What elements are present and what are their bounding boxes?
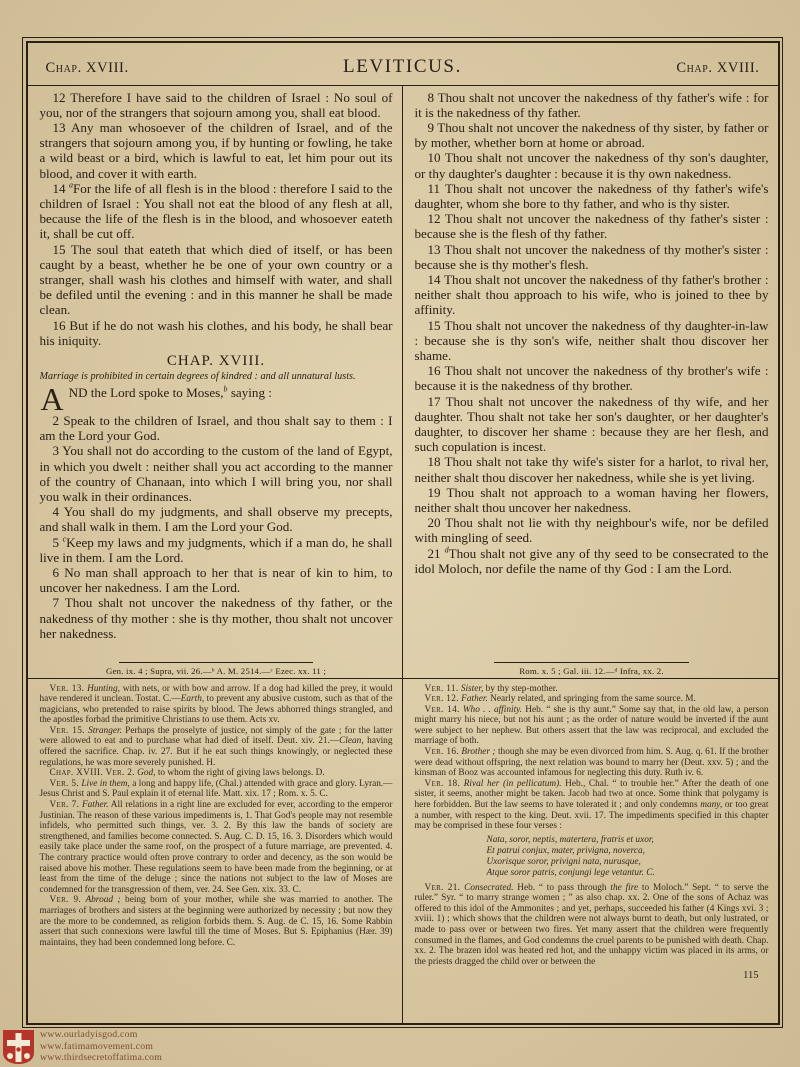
latin-verse: Nata, soror, neptis, matertera, fratris … [487,835,769,880]
verse-text: Thou shalt not uncover the nakedness of … [415,90,769,120]
note-text: Consecrated. Heb. “ to pass through the … [415,883,769,967]
verse-text: You shall do my judgments, and shall obs… [40,504,393,534]
verse-text: No man shall approach to her that is nea… [40,565,393,595]
crest-logo-icon [2,1029,35,1065]
verse-paragraph: 15 Thou shalt not uncover the nakedness … [415,318,769,364]
verse-text: Therefore I have said to the children of… [40,90,393,120]
verse-number: 13 [428,242,441,257]
verse-text: Keep my laws and my judgments, which if … [40,535,393,565]
note-text: Hunting, with nets, or with bow and arro… [40,684,393,726]
verse-number: 17 [428,394,441,409]
verse-paragraph: 20 Thou shalt not lie with thy neighbour… [415,515,769,545]
refs-text: Rom. x. 5 ; Gal. iii. 12.—ᵈ Infra, xx. 2… [415,666,769,676]
scripture-section: 12 Therefore I have said to the children… [28,86,778,678]
verse-text: Thou shalt not uncover the nakedness of … [415,150,769,180]
watermark-url: www.ourladyisgod.com [40,1029,162,1041]
running-head-right: Chap. XVIII. [676,60,759,77]
verse-paragraph: 16 But if he do not wash his clothes, an… [40,318,393,348]
verse-paragraph: 10 Thou shalt not uncover the nakedness … [415,150,769,180]
verse-paragraph: 15 The soul that eateth that which died … [40,242,393,318]
verse-text: Thou shalt not uncover the nakedness of … [40,595,393,640]
verse-paragraph: 13 Thou shalt not uncover the nakedness … [415,242,769,272]
verse-text: But if he do not wash his clothes, and h… [40,318,393,348]
verse-text: For the life of all flesh is in the bloo… [40,181,393,242]
commentary-section: Ver. 13. Hunting, with nets, or with bow… [28,678,778,1023]
verse-number: 13 [53,120,66,135]
verse-number: 14 [53,181,66,196]
verse-text: Thou shalt not uncover the nakedness of … [415,394,769,455]
verse-number: 7 [53,595,60,610]
commentary-note: Ver. 13. Hunting, with nets, or with bow… [40,684,393,726]
commentary-note: Ver. 18. Rival her (in pellicatum). Heb.… [415,779,769,880]
page-frame-inner: Chap. XVIII. LEVITICUS. Chap. XVIII. 12 … [26,41,780,1025]
verse-number: 10 [428,150,441,165]
verse-paragraph: 19 Thou shalt not approach to a woman ha… [415,485,769,515]
note-label: Ver. 9. [50,895,82,905]
verse-paragraph: 4 You shall do my judgments, and shall o… [40,504,393,534]
commentary-note: Chap. XVIII. Ver. 2. God, to whom the ri… [40,768,393,779]
verse-number: 5 [53,535,60,550]
verse-number: 15 [53,242,66,257]
verse-paragraph: 7 Thou shalt not uncover the nakedness o… [40,595,393,641]
verse-number: 9 [428,120,435,135]
verse-paragraph: 3 You shall not do according to the cust… [40,443,393,504]
verse-number: 16 [53,318,66,333]
verse-number: 15 [428,318,441,333]
note-text: Father. All relations in a right line ar… [40,800,393,895]
verse-number: 6 [53,565,60,580]
note-text: Stranger. Perhaps the proselyte of justi… [40,726,393,768]
verse-paragraph: 14 aFor the life of all flesh is in the … [40,181,393,242]
verse-text: ND the Lord spoke to Moses, [69,385,224,400]
verse-number: 4 [53,504,60,519]
commentary-note: Ver. 21. Consecrated. Heb. “ to pass thr… [415,883,769,968]
verse-number: 16 [428,363,441,378]
verse-paragraph: 21 dThou shalt not give any of thy seed … [415,546,769,576]
refs-rule [494,662,689,663]
watermark-url: www.thirdsecretoffatima.com [40,1052,162,1064]
verse-number: 3 [53,443,60,458]
verse-paragraph: 2 Speak to the children of Israel, and t… [40,413,393,443]
note-text: Who . . affinity. Heb. “ she is thy aunt… [415,705,769,747]
footnote-refs-right: Rom. x. 5 ; Gal. iii. 12.—ᵈ Infra, xx. 2… [415,659,769,678]
verse-paragraph: 12 Thou shalt not uncover the nakedness … [415,211,769,241]
verse-text: Thou shalt not uncover the nakedness of … [415,181,769,211]
note-label: Ver. 7. [50,800,80,810]
commentary-note: Ver. 16. Brother ; though she may be eve… [415,747,769,779]
verse-text: Thou shalt not uncover the nakedness of … [415,211,769,241]
verse-text: The soul that eateth that which died of … [40,242,393,318]
note-label: Ver. 18. [425,779,461,789]
note-text: Brother ; though she may be even divorce… [415,747,769,778]
note-label: Ver. 15. [50,726,85,736]
scripture-column-right: 8 Thou shalt not uncover the nakedness o… [403,86,778,678]
verse-paragraph: 9 Thou shalt not uncover the nakedness o… [415,120,769,150]
verse-number: 12 [53,90,66,105]
verse-text: Thou shalt not uncover the nakedness of … [415,120,769,150]
book-title: LEVITICUS. [343,56,462,78]
note-text: Abroad ; being born of your mother, whil… [40,895,393,947]
commentary-note: Ver. 7. Father. All relations in a right… [40,800,393,895]
verse-number: 20 [428,515,441,530]
verses-chap17: 12 Therefore I have said to the children… [40,90,393,348]
refs-text: Gen. ix. 4 ; Supra, vii. 26.—ᵇ A. M. 251… [40,666,393,676]
verse-paragraph: 12 Therefore I have said to the children… [40,90,393,120]
watermark: www.ourladyisgod.com www.fatimamovement.… [2,1029,162,1065]
note-label: Chap. XVIII. Ver. 2. [50,768,135,778]
commentary-note: Ver. 14. Who . . affinity. Heb. “ she is… [415,705,769,747]
running-head-left: Chap. XVIII. [46,60,129,77]
page-frame: Chap. XVIII. LEVITICUS. Chap. XVIII. 12 … [22,37,783,1028]
note-label: Ver. 16. [425,747,459,757]
drop-cap: A [40,385,69,413]
verse-paragraph: 6 No man shall approach to her that is n… [40,565,393,595]
verse-text: Thou shalt not approach to a woman havin… [415,485,769,515]
verse-text: Any man whosoever of the children of Isr… [40,120,393,181]
watermark-urls: www.ourladyisgod.com www.fatimamovement.… [40,1029,162,1064]
note-label: Ver. 13. [50,684,85,694]
verse-paragraph: 14 Thou shalt not uncover the nakedness … [415,272,769,318]
commentary-column-left: Ver. 13. Hunting, with nets, or with bow… [28,679,403,1023]
verse-number: 8 [428,90,435,105]
verse-text: Thou shalt not uncover the nakedness of … [415,272,769,317]
verse-text: saying : [228,385,272,400]
verse-text: Thou shalt not lie with thy neighbour's … [415,515,769,545]
note-label: Ver. 5. [50,779,79,789]
verse-paragraph: 16 Thou shalt not uncover the nakedness … [415,363,769,393]
verse-text: Thou shalt not give any of thy seed to b… [415,546,769,576]
commentary-note: Ver. 12. Father. Nearly related, and spr… [415,694,769,705]
commentary-notes-right: Ver. 11. Sister, by thy step-mother. Ver… [415,684,769,968]
note-text: Rival her (in pellicatum). Heb., Chal. “… [415,779,769,831]
verse-paragraph: 13 Any man whosoever of the children of … [40,120,393,181]
verse-paragraph: 8 Thou shalt not uncover the nakedness o… [415,90,769,120]
verse-number: 18 [428,454,441,469]
chapter-argument: Marriage is prohibited in certain degree… [40,371,393,383]
verse-paragraph: 11 Thou shalt not uncover the nakedness … [415,181,769,211]
chapter-heading: CHAP. XVIII. [40,353,393,370]
verse-text: Thou shalt not uncover the nakedness of … [415,242,769,272]
commentary-note: Ver. 9. Abroad ; being born of your moth… [40,895,393,948]
verse-text: Speak to the children of Israel, and tho… [40,413,393,443]
scanned-book-page: { "colors":{"paper":"#d9c7a0","ink":"#2a… [0,0,800,1067]
verse-number: 14 [428,272,441,287]
verses-chap18-left: 2 Speak to the children of Israel, and t… [40,413,393,641]
verse-paragraph: 18 Thou shalt not take thy wife's sister… [415,454,769,484]
commentary-note: Ver. 15. Stranger. Perhaps the proselyte… [40,726,393,768]
page-number: 115 [415,970,759,981]
footnote-refs-left: Gen. ix. 4 ; Supra, vii. 26.—ᵇ A. M. 251… [40,659,393,678]
verse-number: 12 [428,211,441,226]
commentary-note: Ver. 11. Sister, by thy step-mother. [415,684,769,695]
verse-text: Thou shalt not take thy wife's sister fo… [415,454,769,484]
note-label: Ver. 14. [425,705,460,715]
verses-chap18-right: 8 Thou shalt not uncover the nakedness o… [415,90,769,577]
verse-1-block: A ND the Lord spoke to Moses,b saying : [40,385,393,413]
refs-rule [119,662,313,663]
watermark-url: www.fatimamovement.com [40,1041,162,1053]
note-text: Father. Nearly related, and springing fr… [461,694,696,704]
verse-number: 11 [428,181,441,196]
verse-text: You shall not do according to the custom… [40,443,393,504]
commentary-column-right: Ver. 11. Sister, by thy step-mother. Ver… [403,679,778,1023]
note-label: Ver. 21. [425,883,461,893]
verse-number: 2 [53,413,60,428]
note-label: Ver. 11. [425,684,459,694]
note-text: God, to whom the right of giving laws be… [137,768,324,778]
note-text: Live in them, a long and happy life, (Ch… [40,779,393,800]
verse-number: 21 [428,546,441,561]
commentary-note: Ver. 5. Live in them, a long and happy l… [40,779,393,800]
verse-paragraph: 5 cKeep my laws and my judgments, which … [40,535,393,565]
running-head: Chap. XVIII. LEVITICUS. Chap. XVIII. [28,43,778,86]
note-label: Ver. 12. [425,694,459,704]
verse-number: 19 [428,485,441,500]
commentary-notes-left: Ver. 13. Hunting, with nets, or with bow… [40,684,393,949]
note-text: Sister, by thy step-mother. [461,684,558,694]
verse-paragraph: 17 Thou shalt not uncover the nakedness … [415,394,769,455]
verse-text: Thou shalt not uncover the nakedness of … [415,363,769,393]
verse-paragraph: ND the Lord spoke to Moses,b saying : [40,385,393,400]
verse-text: Thou shalt not uncover the nakedness of … [415,318,769,363]
scripture-column-left: 12 Therefore I have said to the children… [28,86,403,678]
